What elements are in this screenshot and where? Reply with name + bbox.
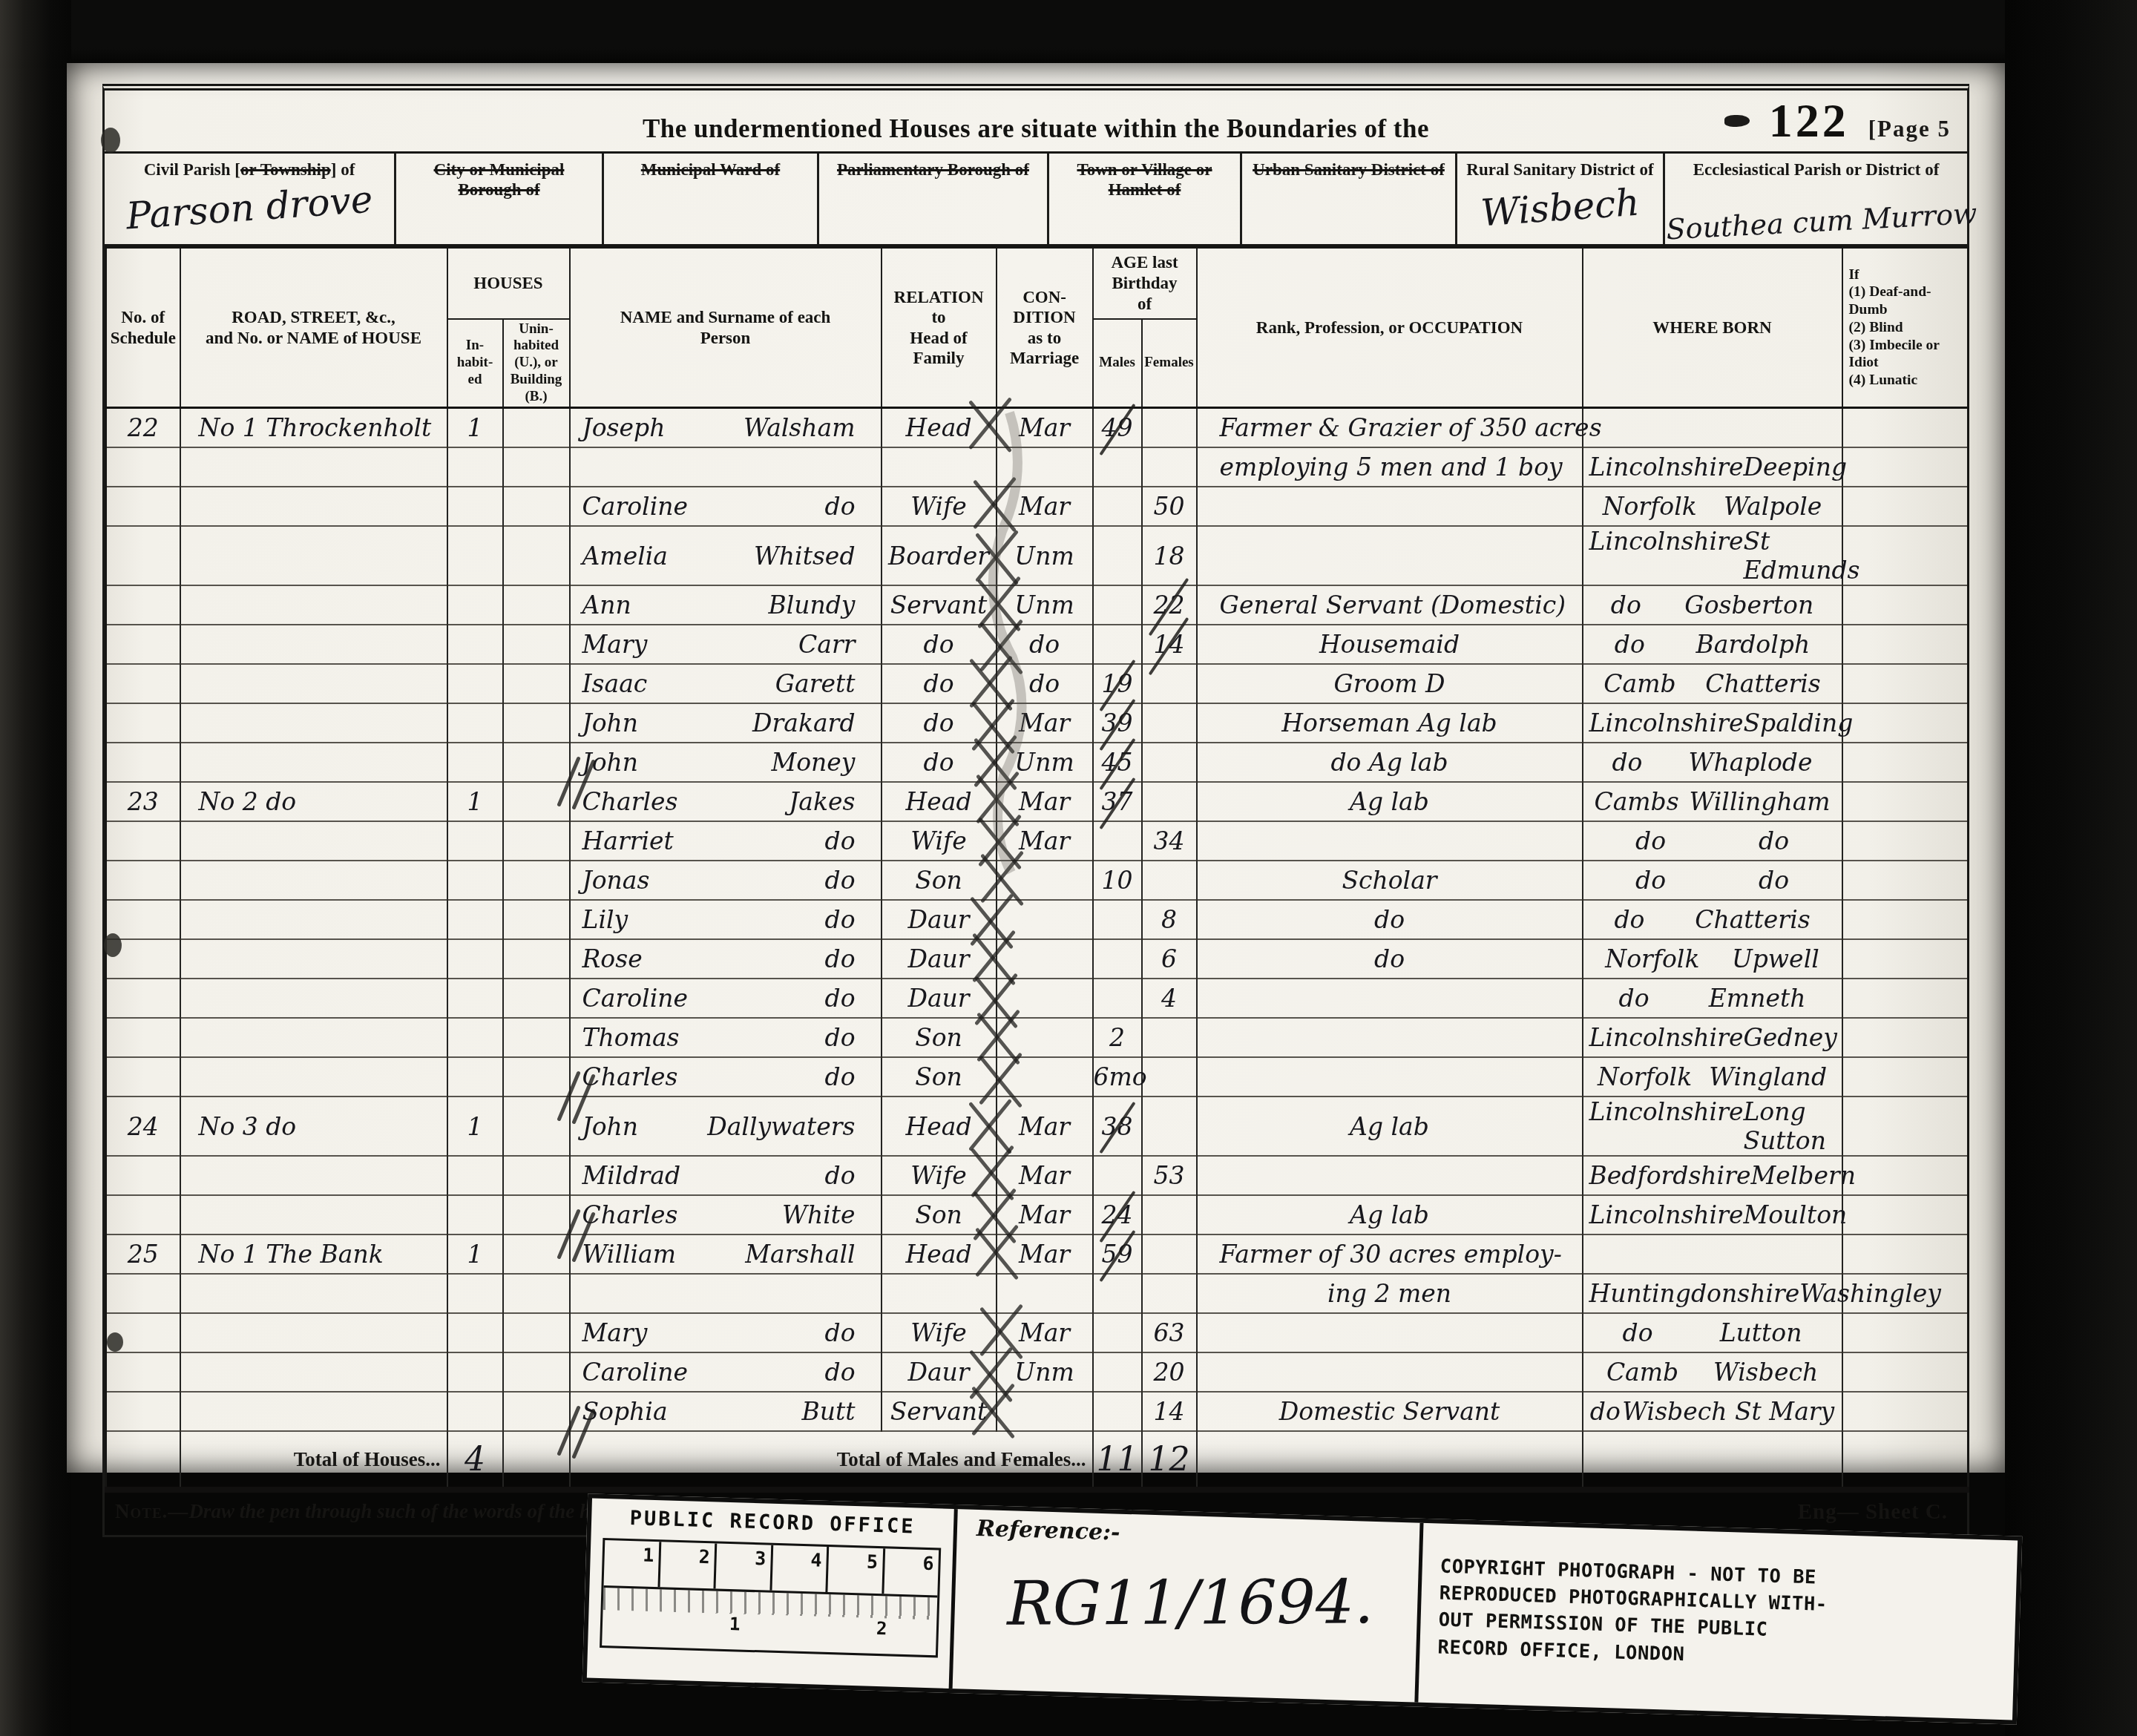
cell-inhabited: [447, 625, 503, 664]
cell-infirmity: [1842, 526, 1969, 585]
cell-relation: Son: [882, 1018, 997, 1057]
cell-name: Marydo: [570, 1313, 882, 1352]
cell-name: Charlesdo: [570, 1057, 882, 1096]
cell-inhabited: [447, 664, 503, 703]
cell-inhabited: [447, 1156, 503, 1195]
ruler-cm-cell: 2: [660, 1542, 717, 1588]
cell-schedule: [106, 821, 180, 861]
cell-age-male: [1093, 1392, 1142, 1431]
col-header-name: NAME and Surname of each Person: [570, 248, 882, 408]
cell-name: JohnDallywaters: [570, 1096, 882, 1156]
cell-occupation: Farmer of 30 acres employ-: [1197, 1234, 1583, 1274]
cell-occupation: General Servant (Domestic): [1197, 585, 1583, 625]
stamp-copyright-section: COPYRIGHT PHOTOGRAPH - NOT TO BE REPRODU…: [1414, 1523, 2018, 1720]
cell-address: [180, 526, 447, 585]
cell-inhabited: [447, 743, 503, 782]
cell-age-male: [1093, 1313, 1142, 1352]
cell-schedule: 23: [106, 782, 180, 821]
cell-name: Lilydo: [570, 900, 882, 939]
cell-infirmity: [1842, 1195, 1969, 1234]
cell-age-female: 18: [1142, 526, 1197, 585]
cell-address: [180, 743, 447, 782]
cell-schedule: 22: [106, 408, 180, 448]
cell-condition: Mar: [997, 1096, 1093, 1156]
col-header-occupation: Rank, Profession, or OCCUPATION: [1197, 248, 1583, 408]
cell-uninhabited: [503, 1096, 570, 1156]
table-row: CharlesdoSon6moNorfolkWingland: [106, 1057, 1969, 1096]
cell-address: [180, 979, 447, 1018]
cell-inhabited: [447, 703, 503, 743]
cell-age-male: [1093, 1352, 1142, 1392]
cell-relation: do: [882, 625, 997, 664]
cell-occupation: [1197, 1156, 1583, 1195]
table-row: CarolinedoWifeMar50NorfolkWalpole: [106, 487, 1969, 526]
cell-condition: [997, 1057, 1093, 1096]
district-field-value: Parson drove: [103, 176, 395, 239]
cell-born: LincolnshireDeeping: [1583, 447, 1842, 487]
district-field-label: Ecclesiastical Parish or District of: [1665, 160, 1967, 180]
total-houses-label: Total of Houses...: [180, 1431, 447, 1490]
district-field: Ecclesiastical Parish or District ofSout…: [1663, 154, 1967, 244]
cell-relation: Son: [882, 1057, 997, 1096]
cell-age-male: [1093, 625, 1142, 664]
cell-born: doChatteris: [1583, 900, 1842, 939]
cell-inhabited: [447, 1392, 503, 1431]
table-row: CharlesWhiteSonMar24Ag labLincolnshireMo…: [106, 1195, 1969, 1234]
ruler-cm-cell: 1: [604, 1540, 661, 1587]
cell-condition: Mar: [997, 487, 1093, 526]
cell-born: HuntingdonshireWashingley: [1583, 1274, 1842, 1313]
cell-age-male: 49: [1093, 408, 1142, 448]
cell-age-female: 14: [1142, 625, 1197, 664]
cell-name: SophiaButt: [570, 1392, 882, 1431]
total-females-value: 12: [1142, 1431, 1197, 1490]
cell-uninhabited: [503, 979, 570, 1018]
cell-name: IsaacGarett: [570, 664, 882, 703]
cell-occupation: ing 2 men: [1197, 1274, 1583, 1313]
cell-uninhabited: [503, 861, 570, 900]
cell-born: dodo: [1583, 861, 1842, 900]
cell-born: BedfordshireMelbern: [1583, 1156, 1842, 1195]
cell-schedule: [106, 743, 180, 782]
table-row: HarrietdoWifeMar34dodo: [106, 821, 1969, 861]
cell-occupation: [1197, 526, 1583, 585]
cell-age-male: 19: [1093, 664, 1142, 703]
stamp-ruler-section: PUBLIC RECORD OFFICE 123456 1 2: [587, 1499, 954, 1689]
cell-condition: do: [997, 664, 1093, 703]
cell-infirmity: [1842, 703, 1969, 743]
cell-age-male: 6mo: [1093, 1057, 1142, 1096]
table-row: MaryCarrdodo14HousemaiddoBardolph: [106, 625, 1969, 664]
table-row: IsaacGarettdodo19Groom DCambChatteris: [106, 664, 1969, 703]
cell-inhabited: [447, 900, 503, 939]
scanned-census-photograph: The undermentioned Houses are situate wi…: [0, 0, 2137, 1736]
cell-age-female: 20: [1142, 1352, 1197, 1392]
cell-name: WilliamMarshall: [570, 1234, 882, 1274]
table-row: JonasdoSon10Scholardodo: [106, 861, 1969, 900]
cell-born: [1583, 1234, 1842, 1274]
cell-age-female: [1142, 408, 1197, 448]
cell-age-male: [1093, 526, 1142, 585]
cell-inhabited: 1: [447, 1234, 503, 1274]
table-row: CarolinedoDaurUnm20CambWisbech: [106, 1352, 1969, 1392]
cell-infirmity: [1842, 625, 1969, 664]
cell-born: LincolnshireLong Sutton: [1583, 1096, 1842, 1156]
district-field-value: Southea cum Murrow: [1665, 197, 1969, 246]
cell-age-female: 53: [1142, 1156, 1197, 1195]
cell-occupation: [1197, 487, 1583, 526]
cell-age-female: [1142, 447, 1197, 487]
reference-value: RG11/1694.: [1007, 1567, 1373, 1640]
cell-age-female: [1142, 861, 1197, 900]
cell-infirmity: [1842, 821, 1969, 861]
census-form: The undermentioned Houses are situate wi…: [102, 84, 1969, 1537]
table-row: AnnBlundyServantUnm22General Servant (Do…: [106, 585, 1969, 625]
ruler-inch-row: 1 2: [602, 1588, 937, 1652]
cell-relation: Boarder: [882, 526, 997, 585]
cell-born: doEmneth: [1583, 979, 1842, 1018]
cell-born: doBardolph: [1583, 625, 1842, 664]
cell-uninhabited: [503, 782, 570, 821]
cell-age-female: [1142, 743, 1197, 782]
cell-inhabited: [447, 821, 503, 861]
page-number-label: [Page 5: [1868, 116, 1951, 142]
cell-address: [180, 939, 447, 979]
cell-age-male: [1093, 900, 1142, 939]
district-field: Parliamentary Borough of: [817, 154, 1047, 244]
cell-age-female: [1142, 1057, 1197, 1096]
cell-infirmity: [1842, 1018, 1969, 1057]
cell-name: MaryCarr: [570, 625, 882, 664]
col-header-relation: RELATION to Head of Family: [882, 248, 997, 408]
table-row: 25No 1 The Bank1WilliamMarshallHeadMar59…: [106, 1234, 1969, 1274]
cell-schedule: [106, 1392, 180, 1431]
cell-age-male: 45: [1093, 743, 1142, 782]
cell-uninhabited: [503, 585, 570, 625]
district-field-label: Rural Sanitary District of: [1457, 160, 1663, 180]
cell-infirmity: [1842, 1313, 1969, 1352]
cell-schedule: [106, 703, 180, 743]
cell-infirmity: [1842, 1352, 1969, 1392]
cell-name: AmeliaWhitsed: [570, 526, 882, 585]
cell-inhabited: [447, 447, 503, 487]
cell-infirmity: [1842, 447, 1969, 487]
cell-inhabited: [447, 1274, 503, 1313]
cell-age-male: 24: [1093, 1195, 1142, 1234]
cell-occupation: do: [1197, 939, 1583, 979]
scan-smudge: [104, 933, 122, 957]
cell-uninhabited: [503, 1313, 570, 1352]
total-males-females-label: Total of Males and Females...: [570, 1431, 1093, 1490]
col-header-females: Females: [1142, 319, 1197, 408]
cell-infirmity: [1842, 487, 1969, 526]
cell-uninhabited: [503, 1352, 570, 1392]
cell-relation: Servant: [882, 585, 997, 625]
cell-name: Harrietdo: [570, 821, 882, 861]
cell-age-female: 14: [1142, 1392, 1197, 1431]
cell-inhabited: [447, 1195, 503, 1234]
cell-uninhabited: [503, 408, 570, 448]
table-row: RosedoDaur6doNorfolkUpwell: [106, 939, 1969, 979]
cell-born: dodo: [1583, 821, 1842, 861]
cell-relation: Head: [882, 1234, 997, 1274]
table-row: MarydoWifeMar63doLutton: [106, 1313, 1969, 1352]
cell-uninhabited: [503, 1274, 570, 1313]
cell-schedule: 24: [106, 1096, 180, 1156]
cell-age-female: [1142, 703, 1197, 743]
ruler-cm-cell: 5: [827, 1547, 884, 1594]
table-row: employing 5 men and 1 boyLincolnshireDee…: [106, 447, 1969, 487]
census-table: No. of Schedule ROAD, STREET, &c., and N…: [105, 246, 1969, 1493]
cell-born: doWisbech St Mary: [1583, 1392, 1842, 1431]
col-header-houses: HOUSES: [447, 248, 570, 319]
cell-occupation: do Ag lab: [1197, 743, 1583, 782]
district-field-label: Urban Sanitary District of: [1242, 160, 1455, 180]
cell-schedule: 25: [106, 1234, 180, 1274]
cell-occupation: Horseman Ag lab: [1197, 703, 1583, 743]
cell-schedule: [106, 1018, 180, 1057]
cell-uninhabited: [503, 743, 570, 782]
cell-name: Jonasdo: [570, 861, 882, 900]
col-header-born: WHERE BORN: [1583, 248, 1842, 408]
cell-relation: Daur: [882, 1352, 997, 1392]
ruler-inch-1: 1: [729, 1614, 741, 1634]
cell-condition: [997, 1018, 1093, 1057]
cell-address: [180, 821, 447, 861]
cell-born: doLutton: [1583, 1313, 1842, 1352]
cell-name: CharlesWhite: [570, 1195, 882, 1234]
cell-condition: Unm: [997, 526, 1093, 585]
footnote-label: Note.—: [115, 1500, 188, 1522]
table-row: CarolinedoDaur4doEmneth: [106, 979, 1969, 1018]
cell-name: Thomasdo: [570, 1018, 882, 1057]
scan-smudge: [107, 1332, 123, 1352]
cell-name: [570, 1274, 882, 1313]
ruler-cm-cell: 3: [715, 1544, 772, 1591]
cell-schedule: [106, 447, 180, 487]
cell-uninhabited: [503, 900, 570, 939]
cell-infirmity: [1842, 1156, 1969, 1195]
district-fields: Civil Parish [or Township] ofParson drov…: [105, 154, 1967, 246]
table-row: 23No 2 do1CharlesJakesHeadMar37Ag labCam…: [106, 782, 1969, 821]
cell-born: NorfolkWalpole: [1583, 487, 1842, 526]
cell-address: [180, 487, 447, 526]
cell-relation: Daur: [882, 979, 997, 1018]
cell-uninhabited: [503, 625, 570, 664]
district-field-label: Town or Village or Hamlet of: [1049, 160, 1240, 200]
cell-born: LincolnshireGedney: [1583, 1018, 1842, 1057]
cell-age-female: [1142, 1195, 1197, 1234]
cell-name: AnnBlundy: [570, 585, 882, 625]
cell-condition: Unm: [997, 585, 1093, 625]
cell-occupation: Ag lab: [1197, 1096, 1583, 1156]
cell-address: [180, 1195, 447, 1234]
stamp-reference-section: Reference:- RG11/1694.: [949, 1509, 1420, 1703]
cell-condition: Mar: [997, 1156, 1093, 1195]
cell-born: CambWisbech: [1583, 1352, 1842, 1392]
cell-age-male: 2: [1093, 1018, 1142, 1057]
cell-name: Rosedo: [570, 939, 882, 979]
cell-age-male: [1093, 487, 1142, 526]
cell-relation: Head: [882, 408, 997, 448]
cell-relation: Wife: [882, 1313, 997, 1352]
reference-label: Reference:-: [976, 1516, 1420, 1555]
cell-name: Carolinedo: [570, 487, 882, 526]
cell-infirmity: [1842, 939, 1969, 979]
census-sheet: The undermentioned Houses are situate wi…: [67, 63, 2005, 1473]
cell-address: [180, 1057, 447, 1096]
cell-relation: Wife: [882, 1156, 997, 1195]
scan-top-border: [0, 0, 2137, 68]
cell-age-female: [1142, 1274, 1197, 1313]
table-row: LilydoDaur8dodoChatteris: [106, 900, 1969, 939]
cell-address: [180, 1313, 447, 1352]
cell-condition: Unm: [997, 1352, 1093, 1392]
cell-inhabited: 1: [447, 1096, 503, 1156]
cell-relation: Servant: [882, 1392, 997, 1431]
cell-uninhabited: [503, 1195, 570, 1234]
ruler-scale: 123456 1 2: [600, 1538, 941, 1657]
table-totals: Total of Houses... 4 Total of Males and …: [106, 1431, 1969, 1490]
cell-infirmity: [1842, 1392, 1969, 1431]
cell-inhabited: [447, 861, 503, 900]
cell-uninhabited: [503, 664, 570, 703]
cell-occupation: do: [1197, 900, 1583, 939]
copyright-text: COPYRIGHT PHOTOGRAPH - NOT TO BE REPRODU…: [1437, 1553, 2009, 1677]
cell-born: CambsWillingham: [1583, 782, 1842, 821]
cell-relation: do: [882, 703, 997, 743]
cell-address: [180, 900, 447, 939]
district-field-label: Civil Parish [or Township] of: [105, 160, 394, 180]
cell-uninhabited: [503, 939, 570, 979]
table-row: 24No 3 do1JohnDallywatersHeadMar38Ag lab…: [106, 1096, 1969, 1156]
ink-blob: [1724, 115, 1750, 127]
table-row: ThomasdoSon2LincolnshireGedney: [106, 1018, 1969, 1057]
cell-uninhabited: [503, 1234, 570, 1274]
district-field: Town or Village or Hamlet of: [1047, 154, 1240, 244]
cell-occupation: Groom D: [1197, 664, 1583, 703]
cell-infirmity: [1842, 664, 1969, 703]
cell-uninhabited: [503, 1018, 570, 1057]
cell-relation: Head: [882, 1096, 997, 1156]
col-header-condition: CON- DITION as to Marriage: [997, 248, 1093, 408]
cell-condition: [997, 447, 1093, 487]
table-row: 22No 1 Throckenholt1JosephWalshamHeadMar…: [106, 408, 1969, 448]
cell-age-male: [1093, 979, 1142, 1018]
cell-inhabited: [447, 979, 503, 1018]
col-header-males: Males: [1093, 319, 1142, 408]
cell-infirmity: [1842, 1234, 1969, 1274]
table-row: MildraddoWifeMar53BedfordshireMelbern: [106, 1156, 1969, 1195]
cell-occupation: Scholar: [1197, 861, 1583, 900]
cell-condition: do: [997, 625, 1093, 664]
district-field: Rural Sanitary District ofWisbech: [1455, 154, 1663, 244]
district-field-label: City or Municipal Borough of: [396, 160, 602, 200]
cell-name: JosephWalsham: [570, 408, 882, 448]
cell-schedule: [106, 625, 180, 664]
cell-uninhabited: [503, 1057, 570, 1096]
stamp-title: PUBLIC RECORD OFFICE: [603, 1506, 942, 1539]
total-males-value: 11: [1093, 1431, 1142, 1490]
cell-address: [180, 1352, 447, 1392]
district-field-value: Wisbech: [1456, 179, 1664, 236]
cell-born: LincolnshireSpalding: [1583, 703, 1842, 743]
cell-relation: Son: [882, 1195, 997, 1234]
cell-condition: Mar: [997, 703, 1093, 743]
cell-infirmity: [1842, 861, 1969, 900]
cell-age-male: [1093, 939, 1142, 979]
cell-address: No 1 The Bank: [180, 1234, 447, 1274]
cell-uninhabited: [503, 526, 570, 585]
title-band: The undermentioned Houses are situate wi…: [105, 91, 1967, 154]
cell-address: [180, 447, 447, 487]
cell-age-female: [1142, 782, 1197, 821]
cell-relation: Wife: [882, 487, 997, 526]
cell-name: [570, 447, 882, 487]
cell-condition: [997, 1274, 1093, 1313]
cell-schedule: [106, 1156, 180, 1195]
cell-inhabited: [447, 939, 503, 979]
cell-age-female: 4: [1142, 979, 1197, 1018]
cell-schedule: [106, 585, 180, 625]
cell-infirmity: [1842, 743, 1969, 782]
scan-right-border: [2005, 0, 2137, 1736]
folio-group: 122 [Page 5: [1724, 93, 1951, 148]
cell-name: Carolinedo: [570, 979, 882, 1018]
cell-address: [180, 1018, 447, 1057]
cell-inhabited: [447, 487, 503, 526]
cell-schedule: [106, 526, 180, 585]
cell-occupation: [1197, 1057, 1583, 1096]
cell-schedule: [106, 979, 180, 1018]
cell-age-male: [1093, 1156, 1142, 1195]
cell-condition: [997, 1392, 1093, 1431]
district-field: Urban Sanitary District of: [1240, 154, 1455, 244]
cell-inhabited: [447, 526, 503, 585]
cell-uninhabited: [503, 1392, 570, 1431]
cell-address: [180, 703, 447, 743]
cell-condition: Unm: [997, 743, 1093, 782]
cell-schedule: [106, 1274, 180, 1313]
cell-condition: [997, 900, 1093, 939]
cell-infirmity: [1842, 408, 1969, 448]
col-header-uninhabited: Unin- habited (U.), or Building (B.): [503, 319, 570, 408]
cell-schedule: [106, 900, 180, 939]
table-row: JohnMoneydoUnm45do Ag labdoWhaplode: [106, 743, 1969, 782]
cell-name: Mildraddo: [570, 1156, 882, 1195]
cell-age-female: 34: [1142, 821, 1197, 861]
cell-infirmity: [1842, 900, 1969, 939]
cell-condition: Mar: [997, 408, 1093, 448]
scan-smudge: [101, 128, 120, 153]
cell-relation: [882, 447, 997, 487]
cell-address: [180, 625, 447, 664]
col-header-infirmity: If (1) Deaf-and-Dumb (2) Blind (3) Imbec…: [1842, 248, 1969, 408]
cell-occupation: [1197, 821, 1583, 861]
district-field: Civil Parish [or Township] ofParson drov…: [105, 154, 394, 244]
cell-name: CharlesJakes: [570, 782, 882, 821]
cell-infirmity: [1842, 979, 1969, 1018]
table-row: ing 2 menHuntingdonshireWashingley: [106, 1274, 1969, 1313]
cell-age-male: 59: [1093, 1234, 1142, 1274]
cell-infirmity: [1842, 1057, 1969, 1096]
torn-left-edge: [0, 0, 71, 1736]
folio-number: 122: [1769, 93, 1849, 148]
cell-age-female: 6: [1142, 939, 1197, 979]
cell-uninhabited: [503, 487, 570, 526]
cell-occupation: Domestic Servant: [1197, 1392, 1583, 1431]
cell-name: JohnMoney: [570, 743, 882, 782]
